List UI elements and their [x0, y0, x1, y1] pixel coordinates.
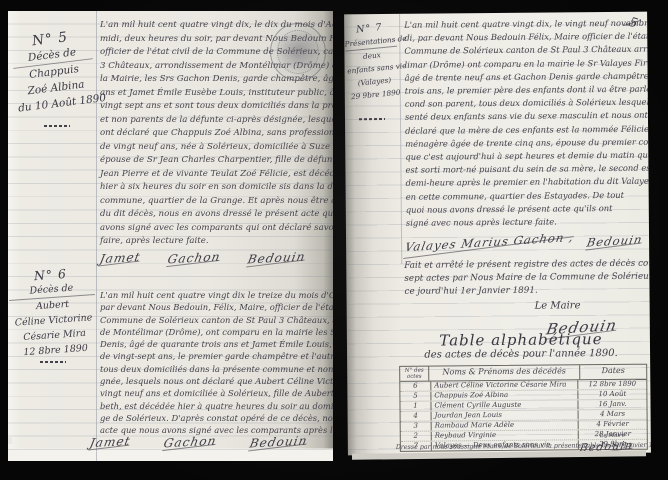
text-line: du dit décès, nous en avons dressé le pr… — [100, 208, 330, 222]
text-line: Jean Pierre et de vivante Teulat Zoé Fél… — [100, 168, 330, 182]
flourish — [359, 118, 385, 120]
text-line: par devant Nous Bedouin, Félix, Maire, o… — [100, 301, 332, 313]
col-header-names: Noms & Prénoms des décédés — [429, 365, 580, 380]
cell-act-number: 4 — [401, 412, 432, 421]
flourish — [44, 125, 70, 127]
photo-background: N° 5Décès deChappuisZoé Albinadu 10 Août… — [0, 0, 668, 480]
cell-date: 16 Janv. — [578, 400, 646, 410]
left-page: N° 5Décès deChappuisZoé Albinadu 10 Août… — [8, 11, 333, 461]
text-line: quoi nous avons dressé le présent acte q… — [406, 202, 646, 217]
text-line: signé avec nous après lecture faite. — [406, 215, 646, 230]
signature: Valayes Marius Gachon , — [404, 230, 575, 255]
col-header-act-number: N° des actes — [400, 367, 429, 381]
cell-deceased-name: Rambaud Marie Adèle — [432, 420, 579, 430]
margin-note-act-7: N° 7Présentations dedeuxenfants sans vie… — [344, 20, 402, 104]
text-line: Commune de Solérieux canton de St Paul 3… — [100, 314, 332, 326]
text-line: avons signé avec les comparants qui ont … — [100, 222, 330, 236]
act-6-signatures: Jamet Gachon Bedouin — [90, 435, 330, 450]
cell-act-number: 3 — [401, 422, 432, 431]
signature: Gachon — [163, 434, 219, 452]
cell-deceased-name: Aubert Céline Victorine Césarie Mira — [431, 380, 578, 390]
margin-note-act-5: N° 5Décès deChappuisZoé Albinadu 10 Août… — [9, 26, 98, 116]
cell-deceased-name: Reybaud Virginie — [432, 430, 579, 440]
cell-date: 12 8bre 1890 — [578, 380, 646, 390]
signature: Bedouin — [585, 232, 643, 250]
signature: Jamet — [88, 434, 132, 451]
signature: Bedouin — [247, 250, 308, 268]
text-line: de Montélimar (Drôme), ont comparu en la… — [100, 326, 332, 338]
right-page: 5 N° 7Présentations dedeuxenfants sans v… — [344, 12, 651, 456]
text-line: de vingt neuf ans, née à Solérieux, domi… — [100, 141, 330, 155]
cell-date: 4 Mars — [579, 410, 647, 420]
margin-rule — [399, 14, 402, 264]
text-line: ont déclaré que Chappuis Zoé Albina, san… — [100, 127, 330, 141]
le-maire-small-label: Le Maire — [600, 433, 625, 439]
flourish — [40, 361, 66, 363]
col-header-dates: Dates — [580, 365, 646, 380]
margin-note-act-6: N° 6Décès deAubertCéline VictorineCésari… — [8, 264, 99, 361]
cell-deceased-name: Clément Cyrille Auguste — [431, 400, 578, 410]
text-line: Denis, âgé de quarante trois ans et Jame… — [100, 338, 332, 350]
text-line: épouse de Sr Jean Charles Charpentier, f… — [100, 154, 330, 168]
stillbirth-act-7-text: L'an mil huit cent quatre vingt dix, le … — [404, 17, 646, 230]
table-subtitle: des actes de décès pour l'année 1890. — [402, 348, 640, 361]
signature: Jamet — [98, 250, 142, 267]
text-line: tous deux domiciliés dans la présente co… — [100, 363, 332, 375]
stamp-crest — [274, 27, 322, 76]
act-7-signatures: Valayes Marius Gachon , Bedouin — [406, 234, 642, 251]
text-line: gnée, lesquels nous ont déclaré que Aube… — [100, 375, 332, 387]
text-line: vingt sept ans et sont tous deux domicil… — [100, 100, 330, 114]
text-line: ce jourd'hui 1er Janvier 1891. — [404, 284, 644, 299]
text-line: ans et Jamet Émile Eusèbe Louis, institu… — [100, 87, 330, 101]
cell-act-number: 5 — [400, 392, 431, 401]
cell-date: 10 Août — [578, 390, 646, 400]
cell-deceased-name: Jourdan Jean Louis — [432, 410, 579, 420]
text-line: et non parents de la défunte ci-après dé… — [100, 114, 330, 128]
death-act-6-text: L'an mil huit cent quatre vingt dix le t… — [100, 289, 332, 437]
text-line: vingt neuf ans et domiciliée à Solérieux… — [100, 387, 332, 399]
act-5-signatures: Jamet Gachon Bedouin — [100, 251, 320, 266]
signature: Bedouin — [249, 434, 310, 452]
text-line: faire, après lecture faite. — [100, 235, 330, 249]
text-line: beth, est décédée hier à quatre heures d… — [100, 400, 332, 412]
text-line: ge de Solérieux. D'après constat opéré d… — [100, 412, 332, 424]
text-line: hier à six heures du soir en son domicil… — [100, 181, 330, 195]
signature: Gachon — [167, 250, 223, 268]
cell-act-number: 1 — [400, 402, 431, 411]
text-line: L'an mil huit cent quatre vingt dix le t… — [100, 289, 332, 301]
cell-deceased-name: Chappuis Zoé Albina — [431, 390, 578, 400]
register-closing-statement: Fait et arrêté le présent registre des a… — [404, 258, 644, 299]
page-edge-speck — [8, 436, 12, 444]
text-line: commune, quartier de la Grange. Et après… — [100, 195, 330, 209]
cell-date: 4 Février — [579, 420, 647, 430]
le-maire-label: Le Maire — [535, 300, 581, 311]
table-title: Table alphabétique — [402, 330, 640, 350]
text-line: sept actes par Nous Maire de la Commune … — [404, 271, 644, 286]
margin-rule — [96, 11, 97, 461]
text-line: de vingt-sept ans, le premier garde cham… — [100, 350, 332, 362]
cell-act-number: 6 — [400, 382, 431, 391]
cell-act-number: 2 — [401, 432, 432, 441]
